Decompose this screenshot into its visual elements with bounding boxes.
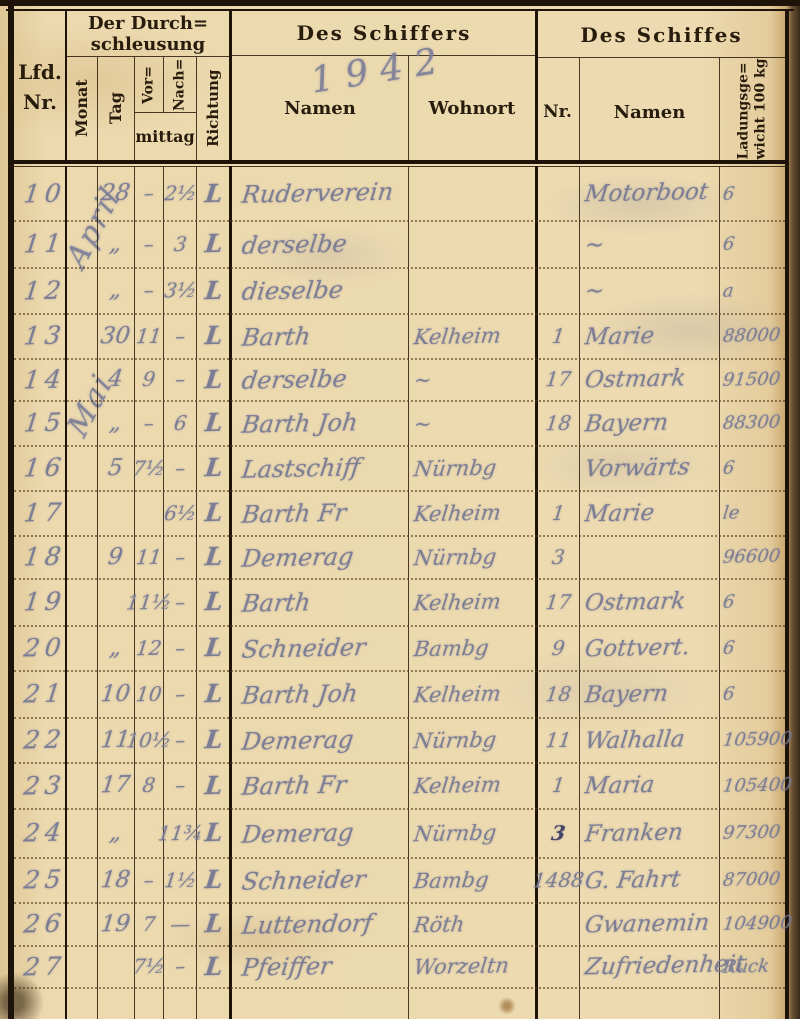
cell-r22-nachm: –	[161, 717, 199, 763]
cell-r25-nachm: 1½	[161, 857, 199, 903]
cell-r13-nachm: –	[161, 313, 199, 359]
cell-r24-wohnort: Nürnbg	[407, 807, 544, 859]
cell-r22-richtung: L	[194, 717, 233, 763]
cell-r18-schiffer: Demerag	[231, 533, 420, 580]
cell-r26-wohnort: Röth	[407, 901, 543, 947]
cell-r14-gewicht: 91500	[718, 357, 796, 401]
cell-r21-richtung: L	[194, 670, 234, 718]
cell-r24-tag: „	[94, 808, 137, 858]
cell-r26-nr: 26	[11, 901, 78, 945]
cell-r27-nachm: –	[161, 945, 199, 988]
cell-r22-wohnort: Nürnbg	[407, 716, 543, 764]
cell-r23-wohnort: Kelheim	[407, 761, 543, 810]
cell-r16-schiff-name: Vorwärts	[578, 443, 726, 491]
top-border-outer	[0, 0, 800, 6]
cell-r18-tag: 9	[94, 535, 136, 579]
column-header-nachmittag: Nach=	[163, 57, 196, 112]
cell-r26-nachm: —	[161, 902, 199, 946]
cell-r21-schiffer: Barth Joh	[231, 668, 421, 719]
cell-r25-tag: 18	[94, 857, 136, 903]
cell-r13-schiff-name: Marie	[578, 311, 726, 359]
cell-r15-wohnort: ~	[407, 399, 543, 447]
cell-r16-wohnort: Nürnbg	[407, 444, 543, 492]
cell-r17-nr: 17	[11, 489, 78, 535]
cell-r25-schiffer: Schneider	[231, 855, 420, 904]
cell-r26-schiffer: Luttendorf	[231, 900, 420, 947]
header-separator-thick	[8, 160, 789, 164]
column-header-wohnort: Wohnort	[409, 88, 535, 128]
cell-r22-schiff-nr: 11	[534, 716, 582, 762]
cell-r20-nr: 20	[11, 624, 78, 670]
column-header-richtung: Richtung	[196, 57, 230, 160]
cell-r15-gewicht: 88300	[718, 399, 796, 446]
cell-r12-schiff-name: ~	[578, 265, 726, 314]
cell-r24-schiff-nr: 3	[534, 807, 583, 857]
cell-r16-richtung: L	[194, 445, 233, 491]
cell-r26-richtung: L	[194, 902, 233, 946]
cell-r17-gewicht: le	[718, 489, 796, 536]
column-header-ladungsgewicht: Ladungsge= wicht 100 kg	[719, 57, 786, 160]
cell-r13-nr: 13	[11, 312, 78, 358]
cell-r13-gewicht: 88000	[718, 312, 796, 359]
cell-r15-schiff-nr: 18	[534, 399, 582, 445]
cell-r20-wohnort: Bambg	[407, 624, 543, 672]
column-header-monat: Monat	[66, 57, 97, 160]
row-separator	[14, 987, 785, 989]
cell-r25-gewicht: 87000	[718, 856, 796, 903]
cell-r18-richtung: L	[194, 535, 233, 579]
cell-r19-schiff-nr: 17	[534, 577, 583, 625]
cell-r16-gewicht: 6	[718, 444, 796, 491]
cell-r27-nr: 27	[11, 944, 78, 987]
cell-r21-schiff-name: Bayern	[578, 668, 727, 718]
cell-r17-wohnort: Kelheim	[407, 489, 543, 537]
cell-r20-schiff-nr: 9	[534, 624, 582, 670]
cell-r24-richtung: L	[194, 808, 234, 858]
cell-r11-richtung: L	[194, 220, 234, 268]
cell-r17-schiff-nr: 1	[534, 489, 582, 535]
cell-r21-schiff-nr: 18	[534, 669, 583, 717]
cell-r10-schiff-name: Motorboot	[578, 164, 727, 221]
cell-r14-richtung: L	[194, 358, 233, 401]
cell-r18-schiff-nr: 3	[534, 534, 582, 578]
column-header-tag: Tag	[97, 57, 134, 160]
cell-r23-schiff-nr: 1	[534, 761, 582, 808]
cell-r15-nachm: 6	[161, 400, 199, 446]
cell-r12-nr: 12	[11, 266, 78, 313]
cell-r24-schiff-name: Franken	[578, 806, 727, 858]
cell-r27-gewicht: Rück	[718, 944, 796, 988]
cell-r25-nr: 25	[11, 856, 78, 902]
ledger-scan-page: Lfd. Nr. Der Durch= schleusung Monat Tag…	[0, 0, 800, 1019]
cell-r27-schiff-name: Zufriedenheit	[579, 943, 727, 988]
cell-r19-gewicht: 6	[718, 577, 797, 626]
cell-r25-wohnort: Bambg	[407, 856, 543, 904]
top-border-inner	[6, 9, 794, 11]
cell-r18-nr: 18	[11, 534, 78, 578]
cell-r22-schiff-name: Walhalla	[578, 715, 726, 763]
cell-r18-wohnort: Nürnbg	[407, 534, 543, 580]
cell-r21-wohnort: Kelheim	[407, 669, 544, 719]
cell-r11-schiffer: derselbe	[231, 218, 421, 269]
cell-r19-richtung: L	[194, 578, 234, 626]
cell-r21-tag: 10	[94, 670, 137, 718]
cell-r17-nachm: 6½	[161, 490, 199, 536]
cell-r11-schiff-name: ~	[578, 218, 727, 268]
cell-r27-wohnort: Worzeltn	[408, 944, 544, 989]
cell-r27-schiffer: Pfeiffer	[232, 943, 421, 989]
group-header-lockage: Der Durch= schleusung	[66, 13, 230, 55]
cell-r14-wohnort: ~	[408, 357, 544, 402]
cell-r25-richtung: L	[194, 857, 233, 903]
cell-r13-wohnort: Kelheim	[407, 312, 543, 360]
cell-r16-tag: 5	[94, 445, 136, 491]
column-header-mittag: mittag	[134, 112, 196, 160]
cell-r16-schiffer: Lastschiff	[231, 443, 420, 492]
cell-r20-tag: „	[94, 625, 136, 671]
cell-r14-nachm: –	[161, 358, 199, 401]
cell-r22-gewicht: 105900	[718, 716, 796, 763]
cell-r10-richtung: L	[194, 166, 234, 221]
cell-r25-schiff-name: G. Fahrt	[578, 855, 726, 903]
cell-r13-schiff-nr: 1	[534, 312, 582, 358]
column-header-schiff-namen: Namen	[580, 92, 719, 132]
cell-r24-schiffer: Demerag	[231, 806, 421, 859]
cell-r26-tag: 19	[94, 902, 136, 946]
cell-r19-schiffer: Barth	[231, 576, 421, 627]
cell-r12-gewicht: a	[718, 266, 796, 314]
cell-r18-nachm: –	[161, 535, 199, 579]
cell-r17-schiffer: Barth Fr	[231, 488, 420, 537]
cell-r18-gewicht: 96600	[718, 534, 796, 579]
cell-r12-nachm: 3½	[161, 267, 199, 314]
cell-r15-schiffer: Barth Joh	[231, 398, 420, 447]
cell-r10-schiffer: Ruderverein	[231, 164, 421, 222]
cell-r15-tag: „	[94, 400, 136, 446]
cell-r23-tag: 17	[94, 762, 136, 809]
cell-r14-nr: 14	[11, 357, 78, 400]
cell-r16-nachm: –	[161, 445, 199, 491]
cell-r19-wohnort: Kelheim	[407, 577, 544, 627]
cell-r15-nr: 15	[11, 399, 78, 445]
cell-r23-richtung: L	[194, 762, 233, 809]
cell-r23-schiffer: Barth Fr	[231, 760, 420, 810]
cell-r26-gewicht: 104900	[718, 901, 796, 946]
cell-r13-richtung: L	[194, 313, 233, 359]
cell-r25-schiff-nr: 1488	[534, 856, 582, 902]
cell-r11-tag: „	[94, 220, 137, 268]
cell-r20-schiffer: Schneider	[231, 623, 420, 672]
gewicht-line1: Ladungsge=	[736, 58, 753, 159]
lockage-title-line1: Der Durch=	[88, 13, 208, 34]
cell-r19-nr: 19	[11, 577, 79, 625]
lfd-line1: Lfd.	[18, 57, 62, 87]
cell-r20-nachm: –	[161, 625, 199, 671]
cell-r23-nr: 23	[11, 761, 78, 808]
cell-r12-tag: „	[94, 267, 136, 314]
cell-r21-gewicht: 6	[718, 669, 797, 718]
lockage-title-line2: schleusung	[91, 34, 205, 55]
cell-r14-schiff-nr: 17	[534, 357, 582, 400]
cell-r22-schiffer: Demerag	[231, 715, 420, 764]
cell-r16-nr: 16	[11, 444, 78, 490]
lfd-line2: Nr.	[23, 87, 57, 117]
cell-r23-nachm: –	[161, 762, 199, 809]
cell-r27-richtung: L	[194, 945, 233, 988]
cell-r17-schiff-name: Marie	[578, 488, 726, 536]
cell-r20-gewicht: 6	[718, 624, 796, 671]
cell-r21-nr: 21	[11, 669, 79, 717]
cell-r12-richtung: L	[194, 267, 233, 314]
cell-r24-nr: 24	[11, 807, 79, 857]
cell-r24-gewicht: 97300	[718, 807, 797, 858]
cell-r26-schiff-name: Gwanemin	[578, 900, 726, 946]
cell-r17-richtung: L	[194, 490, 233, 536]
cell-r10-gewicht: 6	[718, 165, 797, 221]
cell-r20-schiff-name: Gottvert.	[578, 623, 726, 671]
cell-r23-gewicht: 105400	[718, 761, 796, 809]
cell-r14-schiff-name: Ostmark	[579, 356, 727, 401]
cell-r10-nr: 10	[11, 165, 79, 220]
cell-r20-richtung: L	[194, 625, 233, 671]
cell-r15-schiff-name: Bayern	[578, 398, 726, 446]
cell-r13-tag: 30	[94, 313, 136, 359]
cell-r19-schiff-name: Ostmark	[578, 576, 727, 626]
cell-r13-schiffer: Barth	[231, 311, 420, 360]
column-header-running-number: Lfd. Nr.	[14, 55, 66, 119]
cell-r12-schiffer: dieselbe	[231, 265, 420, 315]
group-header-schiff: Des Schiffes	[538, 16, 785, 54]
cell-r23-schiff-name: Maria	[578, 760, 726, 809]
cell-r11-nr: 11	[11, 219, 79, 267]
column-header-schiff-nr: Nr.	[536, 92, 579, 132]
cell-r14-schiffer: derselbe	[232, 356, 421, 402]
cell-r15-richtung: L	[194, 400, 233, 446]
column-header-vormittag: Vor=	[134, 57, 163, 112]
gewicht-line2: wicht 100 kg	[753, 58, 770, 159]
cell-r22-nr: 22	[11, 716, 78, 762]
cell-r11-gewicht: 6	[718, 219, 797, 268]
cell-r14-tag: 4	[94, 358, 136, 401]
